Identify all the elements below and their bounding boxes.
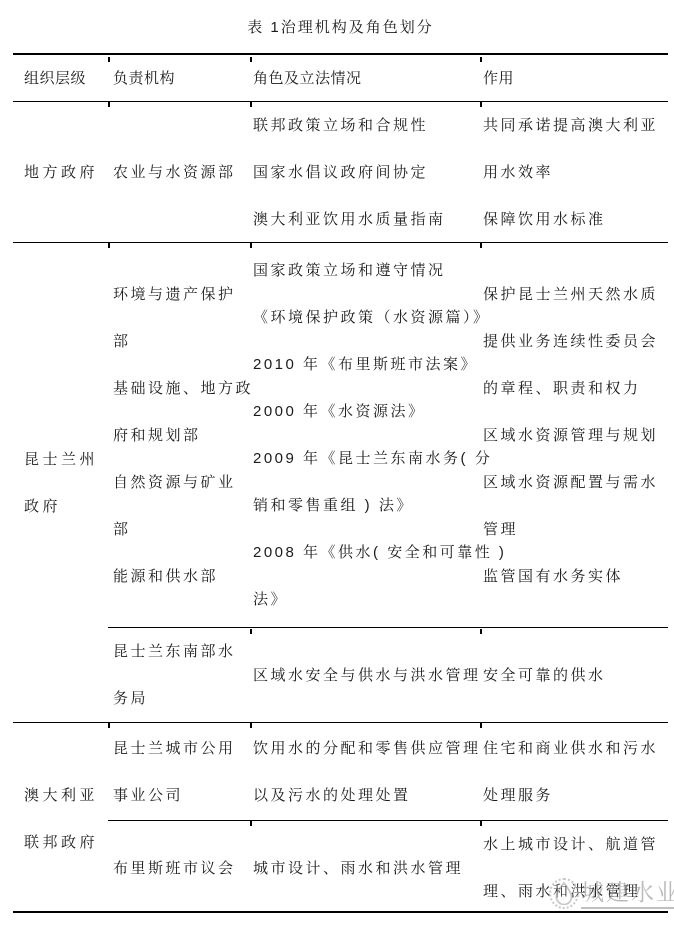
text-line: 饮用水的分配和零售供应管理 bbox=[253, 725, 480, 772]
text-line: 2010 年《布里斯班市法案》 bbox=[253, 341, 480, 388]
cell-role: 区域水安全与供水与洪水管理 bbox=[250, 628, 480, 722]
text-line: 区域水安全与供水与洪水管理 bbox=[253, 652, 480, 699]
text-line: 农业与水资源部 bbox=[113, 149, 250, 196]
text-line: 环境与遗产保护 bbox=[113, 271, 250, 318]
cell-function: 保护昆士兰州天然水质提供业务连续性委员会的章程、职责和权力区域水资源管理与规划区… bbox=[480, 243, 668, 627]
section-urban-utilities: 昆士兰城市公用事业公司 饮用水的分配和零售供应管理以及污水的处理处置 住宅和商业… bbox=[108, 723, 668, 821]
cell-function: 共同承诺提高澳大利亚用水效率保障饮用水标准 bbox=[480, 102, 668, 242]
header-role-legislation: 角色及立法情况 bbox=[250, 55, 480, 101]
cell-agency: 昆士兰东南部水务局 bbox=[108, 628, 250, 722]
column-tick bbox=[250, 102, 252, 107]
column-tick bbox=[480, 57, 482, 62]
header-agency: 负责机构 bbox=[108, 55, 250, 101]
text-line: 监管国有水务实体 bbox=[483, 553, 668, 600]
text-line: 昆士兰东南部水 bbox=[113, 628, 250, 675]
cell-level: 地方政府 bbox=[13, 102, 108, 242]
text-line: 国家水倡议政府间协定 bbox=[253, 149, 480, 196]
cell-role: 国家政策立场和遵守情况《环境保护政策（水资源篇）》2010 年《布里斯班市法案》… bbox=[250, 243, 480, 627]
text-line: 《环境保护政策（水资源篇）》 bbox=[253, 294, 480, 341]
text-line: 的章程、职责和权力 bbox=[483, 365, 668, 412]
text-line: 部 bbox=[113, 506, 250, 553]
text-line: 销和零售重组 ) 法》 bbox=[253, 482, 480, 529]
cell-agency: 农业与水资源部 bbox=[108, 102, 250, 242]
text-line: 2000 年《水资源法》 bbox=[253, 388, 480, 435]
text-line: 安全可靠的供水 bbox=[483, 652, 668, 699]
text-line: 联邦政府 bbox=[24, 819, 108, 866]
text-line: 区域水资源管理与规划 bbox=[483, 412, 668, 459]
table-row-local-government: 地方政府 农业与水资源部 联邦政策立场和合规性国家水倡议政府间协定澳大利亚饮用水… bbox=[13, 102, 668, 243]
text-line: 管理 bbox=[483, 506, 668, 553]
text-line: 自然资源与矿业 bbox=[113, 459, 250, 506]
text-line: 城市设计、雨水和洪水管理 bbox=[253, 845, 480, 892]
watermark-text: 城建水业 bbox=[581, 877, 674, 909]
text-line: 2008 年《供水( 安全和可靠性 ) bbox=[253, 529, 480, 576]
section-state-departments: 环境与遗产保护部基础设施、地方政府和规划部自然资源与矿业部能源和供水部 国家政策… bbox=[108, 243, 668, 628]
text-line: 昆士兰州 bbox=[24, 436, 108, 483]
column-tick bbox=[108, 102, 110, 107]
text-line: 事业公司 bbox=[113, 772, 250, 819]
text-line: 府和规划部 bbox=[113, 412, 250, 459]
text-line: 联邦政策立场和合规性 bbox=[253, 102, 480, 149]
cell-function: 住宅和商业供水和污水处理服务 bbox=[480, 723, 668, 820]
text-line: 基础设施、地方政 bbox=[113, 365, 250, 412]
cell-agency: 布里斯班市议会 bbox=[108, 821, 250, 915]
text-line: 共同承诺提高澳大利亚 bbox=[483, 102, 668, 149]
text-line: 务局 bbox=[113, 675, 250, 722]
text-line: 昆士兰城市公用 bbox=[113, 725, 250, 772]
header-function: 作用 bbox=[480, 55, 668, 101]
column-tick bbox=[250, 821, 252, 826]
column-tick bbox=[250, 629, 252, 634]
cell-function: 安全可靠的供水 bbox=[480, 628, 668, 722]
table-title: 表 1治理机构及角色划分 bbox=[13, 14, 668, 42]
table-header-row: 组织层级 负责机构 角色及立法情况 作用 bbox=[13, 55, 668, 102]
text-line: 地方政府 bbox=[24, 149, 108, 196]
text-line: 住宅和商业供水和污水 bbox=[483, 725, 668, 772]
text-line: 能源和供水部 bbox=[113, 553, 250, 600]
text-line: 水上城市设计、航道管 bbox=[483, 821, 668, 868]
text-line: 处理服务 bbox=[483, 772, 668, 819]
column-tick bbox=[250, 57, 252, 62]
column-tick bbox=[480, 821, 482, 826]
text-line: 提供业务连续性委员会 bbox=[483, 318, 668, 365]
column-tick bbox=[480, 629, 482, 634]
text-line: 布里斯班市议会 bbox=[113, 845, 250, 892]
column-tick bbox=[480, 102, 482, 107]
document-page: 表 1治理机构及角色划分 组织层级 负责机构 角色及立法情况 作用 地方政府 农… bbox=[0, 0, 674, 927]
column-tick bbox=[250, 723, 252, 728]
column-tick bbox=[250, 243, 252, 248]
text-line: 保障饮用水标准 bbox=[483, 196, 668, 243]
text-line: 以及污水的处理处置 bbox=[253, 772, 480, 819]
text-line: 部 bbox=[113, 318, 250, 365]
cell-level: 昆士兰州政府 bbox=[13, 243, 108, 722]
column-tick bbox=[480, 243, 482, 248]
section-seq-water-authority: 昆士兰东南部水务局 区域水安全与供水与洪水管理 安全可靠的供水 bbox=[108, 628, 668, 722]
column-tick bbox=[480, 723, 482, 728]
text-line: 澳大利亚饮用水质量指南 bbox=[253, 196, 480, 243]
text-line: 政府 bbox=[24, 483, 108, 530]
cell-role: 城市设计、雨水和洪水管理 bbox=[250, 821, 480, 915]
text-line: 用水效率 bbox=[483, 149, 668, 196]
cell-role: 饮用水的分配和零售供应管理以及污水的处理处置 bbox=[250, 723, 480, 820]
text-line: 澳大利亚 bbox=[24, 772, 108, 819]
governance-table: 组织层级 负责机构 角色及立法情况 作用 地方政府 农业与水资源部 联邦政策立场… bbox=[13, 53, 668, 913]
watermark: 城建水业 bbox=[549, 877, 674, 909]
column-tick bbox=[108, 57, 110, 62]
header-org-level: 组织层级 bbox=[13, 55, 108, 101]
text-line: 保护昆士兰州天然水质 bbox=[483, 271, 668, 318]
cell-agency: 环境与遗产保护部基础设施、地方政府和规划部自然资源与矿业部能源和供水部 bbox=[108, 243, 250, 627]
column-tick bbox=[108, 243, 110, 248]
text-line: 区域水资源配置与需水 bbox=[483, 459, 668, 506]
text-line: 2009 年《昆士兰东南水务( 分 bbox=[253, 435, 480, 482]
cell-agency: 昆士兰城市公用事业公司 bbox=[108, 723, 250, 820]
row-sections: 环境与遗产保护部基础设施、地方政府和规划部自然资源与矿业部能源和供水部 国家政策… bbox=[108, 243, 668, 722]
text-line: 国家政策立场和遵守情况 bbox=[253, 247, 480, 294]
table-row-queensland-government: 昆士兰州政府 环境与遗产保护部基础设施、地方政府和规划部自然资源与矿业部能源和供… bbox=[13, 243, 668, 723]
cell-role: 联邦政策立场和合规性国家水倡议政府间协定澳大利亚饮用水质量指南 bbox=[250, 102, 480, 242]
cell-level: 澳大利亚联邦政府 bbox=[13, 723, 108, 915]
column-tick bbox=[108, 723, 110, 728]
water-drop-logo-icon bbox=[549, 878, 579, 909]
text-line: 法》 bbox=[253, 576, 480, 623]
